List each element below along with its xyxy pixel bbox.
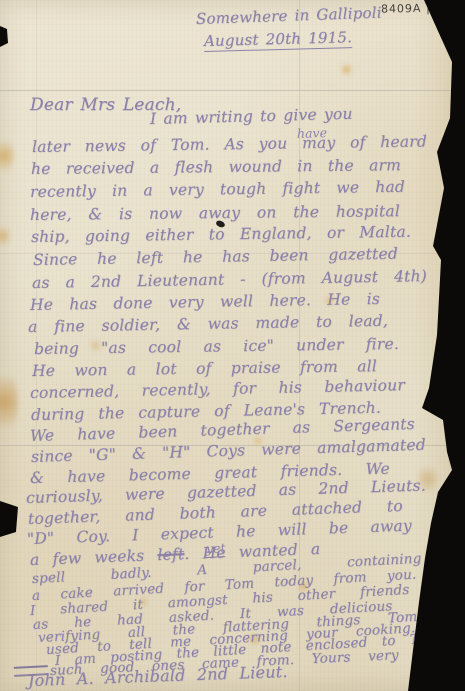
stain bbox=[0, 135, 14, 177]
letter-paper: 8409A | 34 Somewhere in Gallipoli August… bbox=[0, 0, 465, 691]
letter-line: a fine soldier, & was made to lead, bbox=[28, 313, 388, 336]
letter-place: Somewhere in Gallipoli bbox=[196, 5, 382, 28]
letter-line: being "as cool as ice" under fire. bbox=[34, 336, 399, 358]
letter-line: later news of Tom. As you may of heard bbox=[32, 133, 427, 156]
letter-line: here, & is now away on the hospital bbox=[30, 203, 400, 224]
stain bbox=[0, 224, 10, 248]
letter-line: he received a flesh wound in the arm bbox=[31, 157, 401, 178]
letter-line: He has done very well here. He is bbox=[30, 291, 380, 314]
torn-edge-shading bbox=[413, 0, 465, 691]
letter-line: concerned, recently, for his behaviour bbox=[30, 377, 405, 402]
letter-line: as a 2nd Lieutenant - (from August 4th) bbox=[32, 268, 427, 292]
struck-out-word: left bbox=[157, 545, 185, 564]
stain bbox=[340, 63, 353, 76]
reference-number: 8409A | 34 bbox=[381, 1, 451, 15]
letter-line: He won a lot of praise from all bbox=[32, 358, 377, 380]
fold-crease-horizontal bbox=[0, 89, 465, 91]
letter-line: ship, going either to England, or Malta. bbox=[31, 224, 411, 246]
scan-background: { "colors": { "background": "#0b0a09", "… bbox=[0, 0, 465, 691]
letter-line: Since he left he has been gazetted bbox=[33, 246, 398, 269]
letter-line: recently in a very tough fight we had bbox=[30, 179, 405, 201]
stain bbox=[0, 366, 18, 438]
letter-date: August 20th 1915. bbox=[204, 29, 353, 51]
